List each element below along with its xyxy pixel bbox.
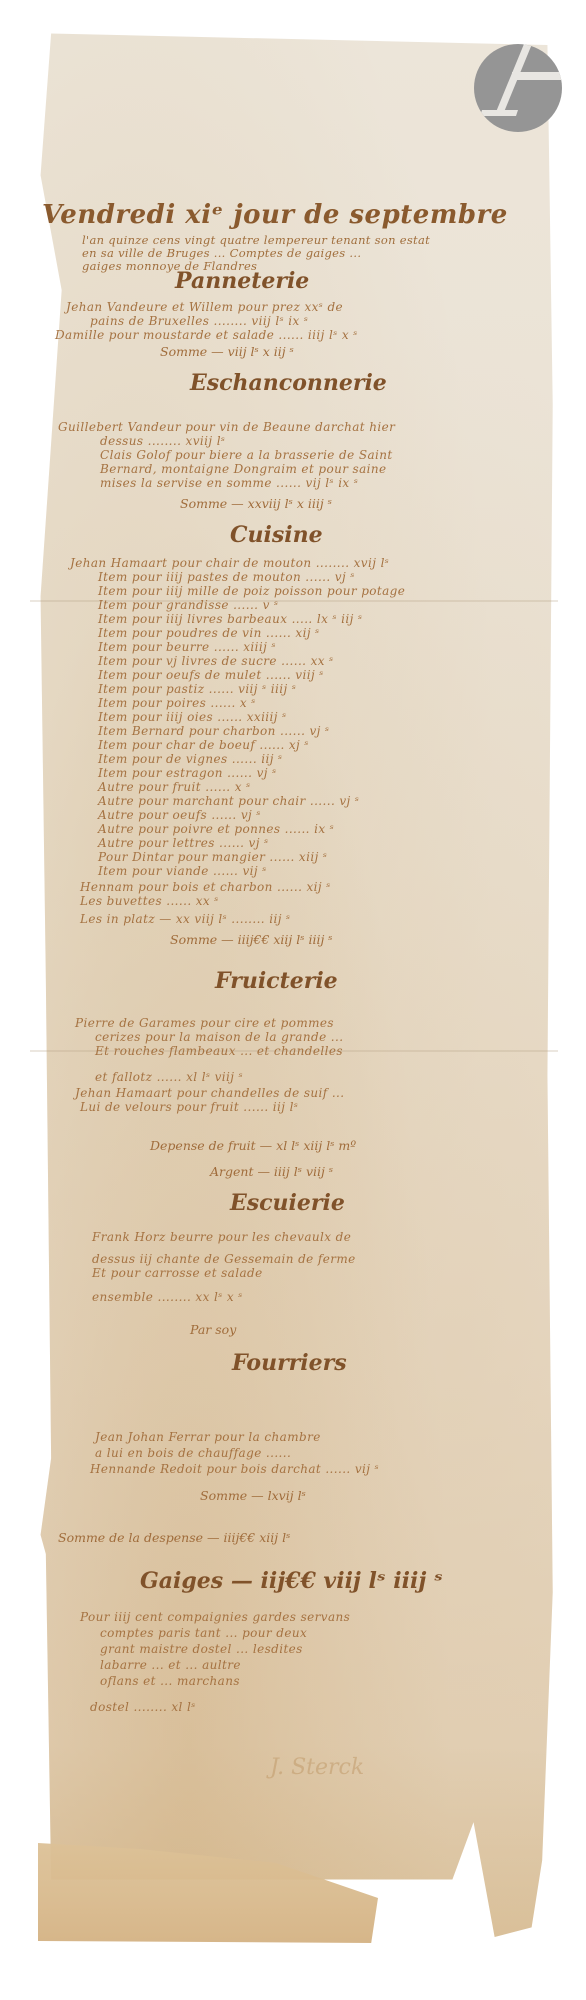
entry-line: Item pour poudres de vin ...... xij ˢ [98,626,320,640]
entry-line: mises la servise en somme ...... vij lˢ … [100,476,358,490]
entry-line: Item pour oeufs de mulet ...... viij ˢ [98,668,324,682]
entry-line: grant maistre dostel ... lesdites [100,1642,303,1656]
entry-line: Les buvettes ...... xx ˢ [80,894,219,908]
auction-house-logo-icon [474,44,562,132]
entry-line: Et pour carrosse et salade [92,1266,263,1280]
entry-line: Autre pour lettres ...... vj ˢ [98,836,269,850]
entry-line: Autre pour poivre et ponnes ...... ix ˢ [98,822,334,836]
entry-line: dostel ........ xl lˢ [90,1700,196,1714]
entry-line: dessus ........ xviij lˢ [100,434,225,448]
entry-line: pains de Bruxelles ........ viij lˢ ix ˢ [90,314,308,328]
entry-line: labarre ... et ... aultre [100,1658,241,1672]
entry-line: Item pour iiij pastes de mouton ...... v… [98,570,355,584]
entry-line: dessus iij chante de Gessemain de ferme [92,1252,356,1266]
entry-line: Jehan Vandeure et Willem pour prez xxˢ d… [66,300,343,314]
section-heading-fourriers: Fourriers [232,1350,347,1376]
intro-line: l'an quinze cens vingt quatre lempereur … [82,233,430,247]
entry-line: Autre pour oeufs ...... vj ˢ [98,808,261,822]
entry-line: a lui en bois de chauffage ...... [95,1446,291,1460]
section-total: Somme — viij lˢ x iij ˢ [160,344,294,359]
section-heading-cuisine: Cuisine [230,522,323,548]
entry-line: Jehan Hamaart pour chandelles de suif ..… [75,1086,345,1100]
entry-line: Item pour grandisse ...... v ˢ [98,598,278,612]
entry-line: Item Bernard pour charbon ...... vj ˢ [98,724,329,738]
entry-line: et fallotz ...... xl lˢ viij ˢ [95,1070,243,1084]
section-heading-gaiges: Gaiges — iij€€ viij lˢ iiij ˢ [140,1568,443,1594]
entry-line: Jehan Hamaart pour chair de mouton .....… [70,556,389,570]
entry-line: Item pour de vignes ...... iij ˢ [98,752,283,766]
entry-line: Item pour iiij oies ...... xxiiij ˢ [98,710,287,724]
entry-line: Item pour pastiz ...... viij ˢ iiij ˢ [98,682,296,696]
entry-line: Jean Johan Ferrar pour la chambre [95,1430,321,1444]
entry-line: Clais Golof pour biere a la brasserie de… [100,448,393,462]
entry-line: Item pour estragon ...... vj ˢ [98,766,277,780]
entry-line: Guillebert Vandeur pour vin de Beaune da… [58,420,395,434]
entry-line: Lui de velours pour fruit ...... iij lˢ [80,1100,298,1114]
entry-line: oflans et ... marchans [100,1674,240,1688]
entry-line: Item pour beurre ...... xiiij ˢ [98,640,276,654]
entry-line: Item pour iiij livres barbeaux ..... lx … [98,612,362,626]
entry-line: cerizes pour la maison de la grande ... [95,1030,343,1044]
entry-line: Bernard, montaigne Dongraim et pour sain… [100,462,387,476]
section-total: Somme — iiij€€ xiij lˢ iiij ˢ [170,932,333,947]
section-total: Depense de fruit — xl lˢ xiij lˢ mº [150,1138,356,1153]
section-total: Argent — iiij lˢ viij ˢ [210,1164,333,1179]
entry-line: Hennande Redoit pour bois darchat ......… [90,1462,379,1476]
entry-line: Pour iiij cent compaignies gardes servan… [80,1610,350,1624]
section-total: Par soy [190,1322,236,1337]
section-total: Somme — lxvij lˢ [200,1488,306,1503]
faded-signature: J. Sterck [270,1755,364,1780]
entry-line: Autre pour fruit ...... x ˢ [98,780,251,794]
entry-line: comptes paris tant ... pour deux [100,1626,307,1640]
grand-total: Somme de la despense — iiij€€ xiij lˢ [58,1530,290,1545]
entry-line: Pierre de Garames pour cire et pommes [75,1016,334,1030]
entry-line: Item pour char de boeuf ...... xj ˢ [98,738,309,752]
entry-line: Item pour iiij mille de poiz poisson pou… [98,584,405,598]
entry-line: Frank Horz beurre pour les chevaulx de [92,1230,351,1244]
section-heading-escuierie: Escuierie [230,1190,345,1216]
intro-line: en sa ville de Bruges ... Comptes de gai… [82,246,361,260]
entry-line: Et rouches flambeaux ... et chandelles [95,1044,343,1058]
document-title: Vendredi xiᵉ jour de septembre [42,200,508,230]
f-glyph-icon [474,44,562,132]
entry-line: Les in platz — xx viij lˢ ........ iij ˢ [80,912,291,926]
entry-line: Hennam pour bois et charbon ...... xij ˢ [80,880,331,894]
entry-line: Item pour poires ...... x ˢ [98,696,256,710]
entry-line: Autre pour marchant pour chair ...... vj… [98,794,359,808]
entry-line: Item pour vj livres de sucre ...... xx ˢ [98,654,334,668]
entry-line: Item pour viande ...... vij ˢ [98,864,267,878]
entry-line: Pour Dintar pour mangier ...... xiij ˢ [98,850,327,864]
section-total: Somme — xxviij lˢ x iiij ˢ [180,496,332,511]
section-heading-panneterie: Panneterie [175,268,309,294]
section-heading-eschanconnerie: Eschanconnerie [190,370,387,396]
section-heading-fruicterie: Fruicterie [215,968,338,994]
entry-line: Damille pour moustarde et salade ...... … [55,328,358,342]
entry-line: ensemble ........ xx lˢ x ˢ [92,1290,243,1304]
